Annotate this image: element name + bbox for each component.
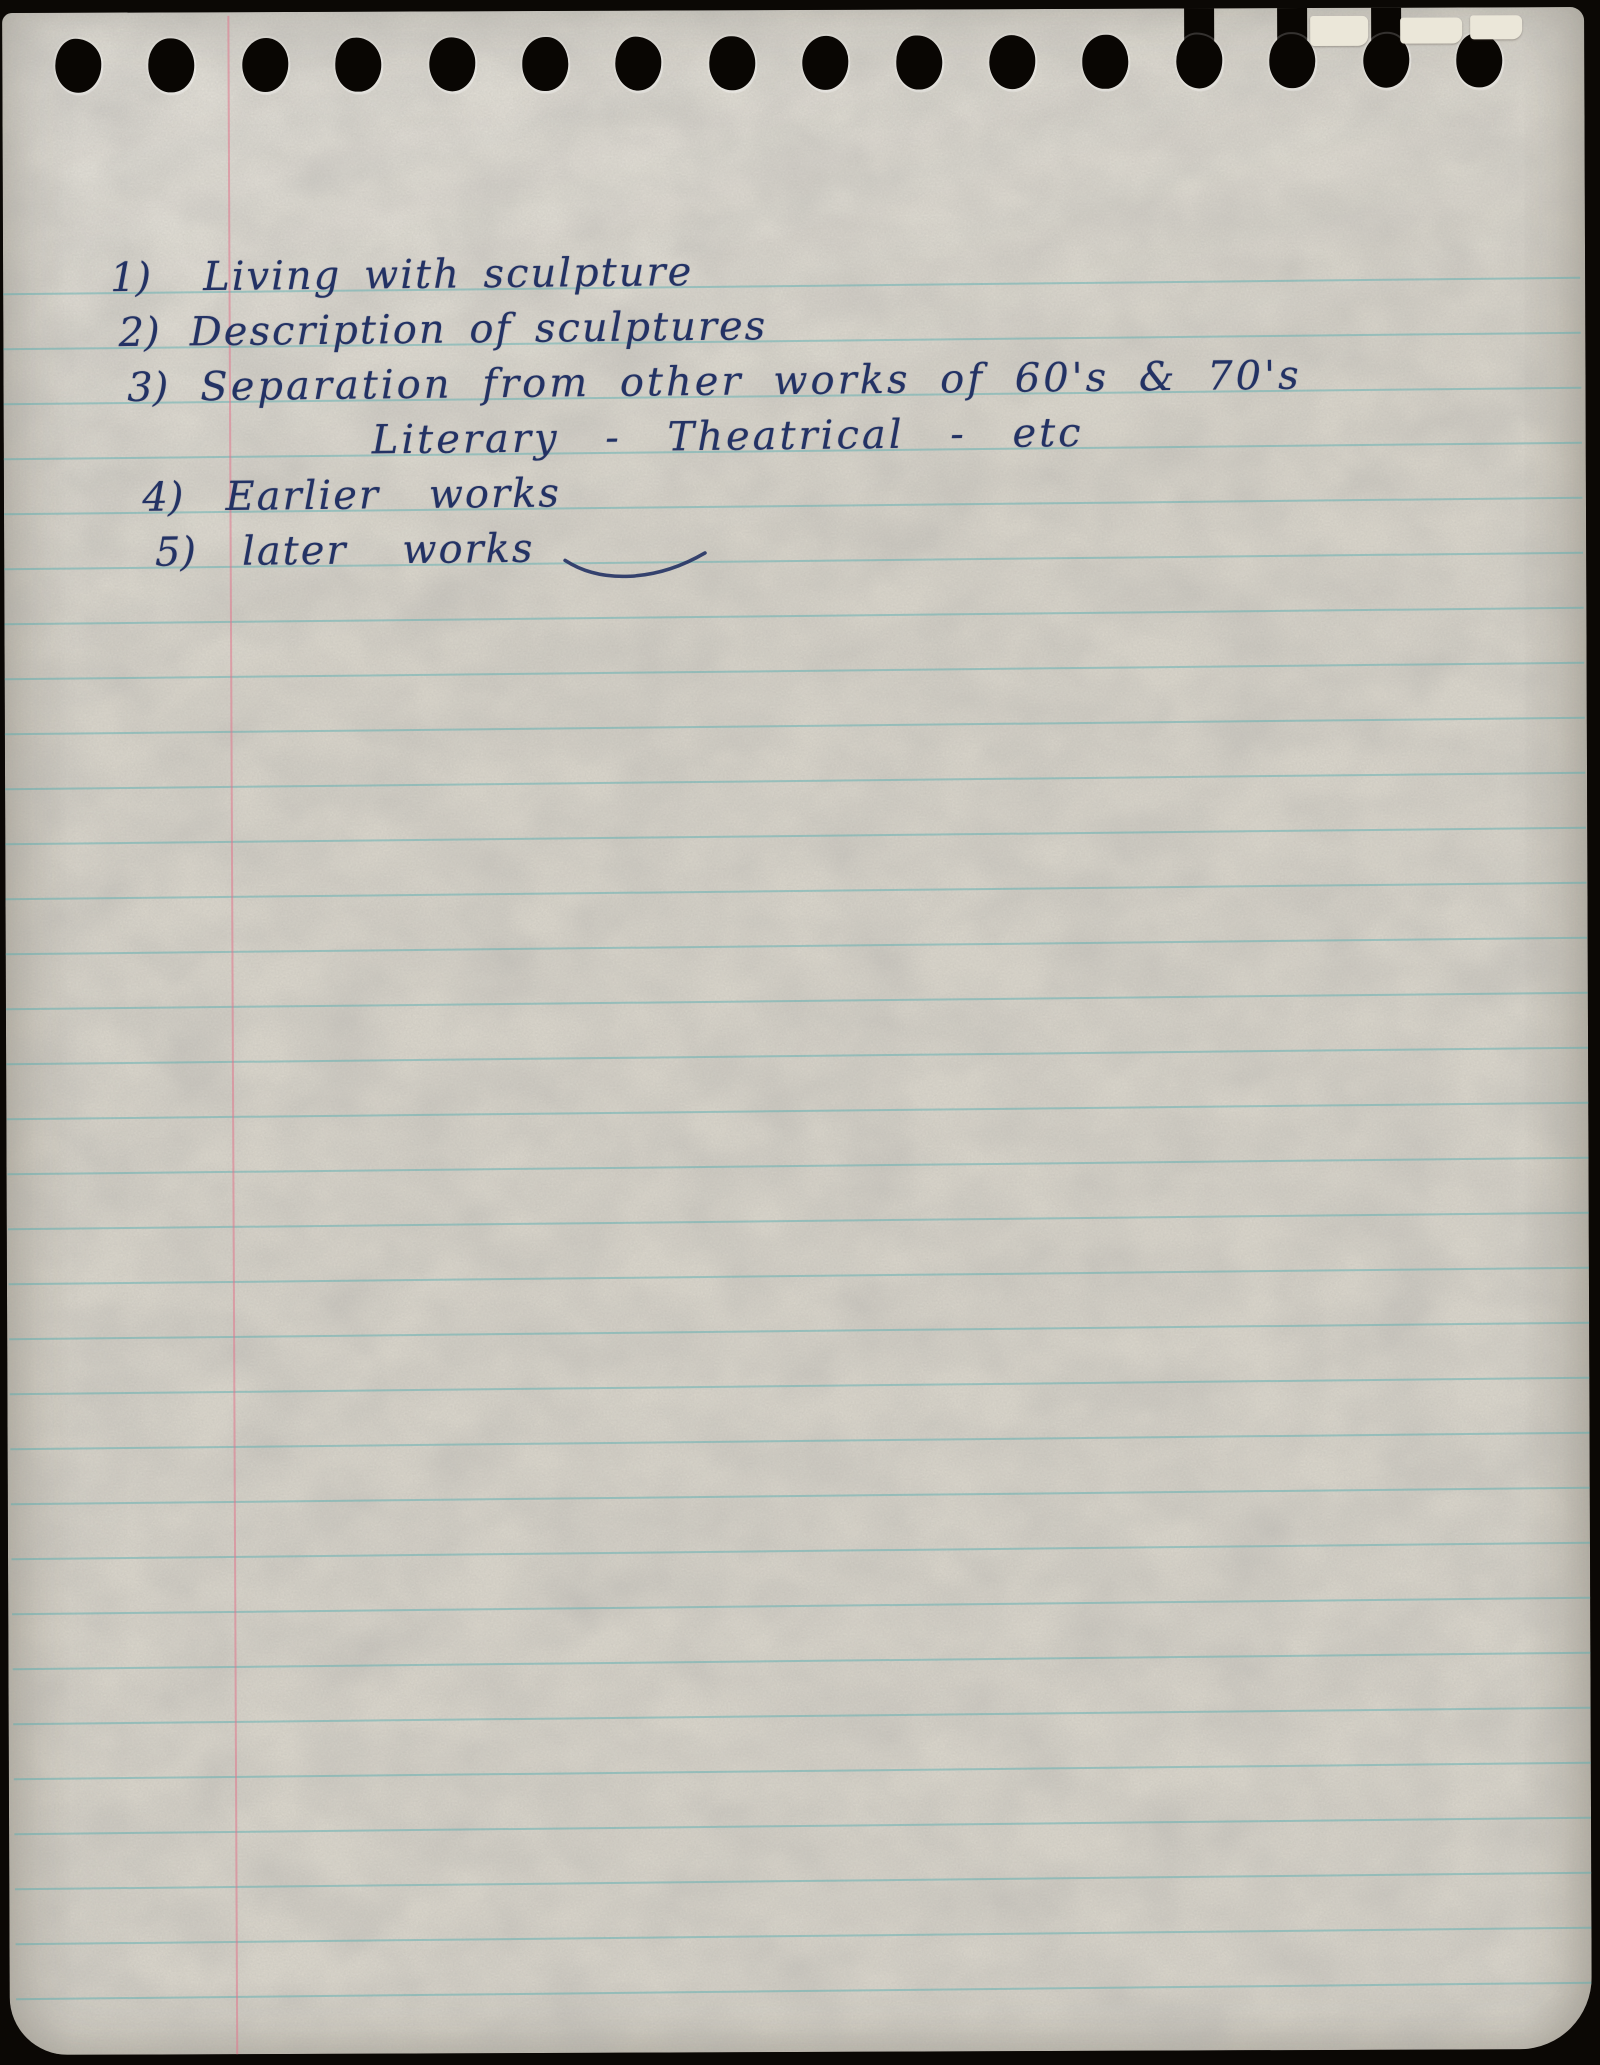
handwriting-line-5: 4) Earlier works	[142, 468, 561, 522]
ruled-line	[10, 1377, 1592, 1396]
ruled-line	[11, 1487, 1592, 1506]
handwriting-line-6: 5) later works	[155, 524, 535, 578]
ruled-line	[9, 1322, 1591, 1341]
handwriting-line-1: 1) Living with sculpture	[110, 247, 694, 303]
punch-hole	[242, 38, 288, 92]
ruled-line	[5, 882, 1587, 901]
ruled-line	[8, 1212, 1590, 1231]
list-text: Literary - Theatrical - etc	[372, 408, 1084, 465]
paper-flap	[1470, 15, 1522, 39]
ruled-line	[6, 1047, 1588, 1066]
punch-hole	[709, 36, 755, 90]
ruled-line	[14, 1762, 1592, 1781]
ruled-line	[15, 1872, 1592, 1891]
punch-hole	[1176, 34, 1222, 88]
handwriting-line-2: 2) Description of sculptures	[118, 301, 767, 358]
ruled-line	[11, 1542, 1591, 1561]
ruled-line	[12, 1597, 1592, 1616]
ruled-line	[14, 1817, 1592, 1836]
list-text: Separation from other works of 60's & 70…	[200, 351, 1302, 413]
punch-hole	[335, 38, 381, 92]
punch-hole	[1269, 34, 1315, 88]
punch-hole	[522, 37, 568, 91]
ruled-line	[2, 607, 1584, 626]
punch-hole	[1456, 33, 1502, 87]
ruled-line	[7, 1157, 1589, 1176]
ruled-area: 1) Living with sculpture 2) Description …	[2, 7, 1592, 2055]
list-number: 4)	[142, 472, 184, 522]
list-number: 1)	[110, 253, 152, 303]
handwriting-line-3: 3) Separation from other works of 60's &…	[127, 351, 1302, 413]
ruled-line	[10, 1432, 1592, 1451]
ruled-line	[13, 1652, 1592, 1671]
list-number: 3)	[127, 363, 169, 413]
notebook-page: 1) Living with sculpture 2) Description …	[2, 7, 1592, 2055]
paper-flap	[1400, 17, 1462, 43]
punch-hole	[896, 35, 942, 89]
punch-hole	[429, 37, 475, 91]
ruled-line	[3, 772, 1585, 791]
punch-hole	[149, 38, 195, 92]
paper-flap	[1310, 16, 1368, 46]
ruled-line	[5, 937, 1587, 956]
list-text: Description of sculptures	[189, 301, 767, 357]
ruled-line	[3, 717, 1585, 736]
underline-flourish-icon	[561, 549, 711, 587]
ruled-line	[4, 827, 1586, 846]
list-text: later works	[242, 524, 535, 577]
punch-hole	[1083, 35, 1129, 89]
ruled-line	[2, 662, 1584, 681]
ruled-line	[9, 1267, 1591, 1286]
handwriting-line-4: Literary - Theatrical - etc	[372, 408, 1084, 465]
ruled-line	[16, 1927, 1592, 1946]
ruled-line	[16, 1982, 1592, 2001]
list-text: Living with sculpture	[203, 247, 694, 302]
list-number: 5)	[155, 527, 197, 577]
ruled-line	[7, 1102, 1589, 1121]
ruled-line	[13, 1707, 1592, 1726]
ruled-line	[6, 992, 1588, 1011]
photo-background: 1) Living with sculpture 2) Description …	[0, 0, 1600, 2065]
list-text: Earlier works	[225, 468, 561, 522]
list-number: 2)	[118, 308, 160, 358]
